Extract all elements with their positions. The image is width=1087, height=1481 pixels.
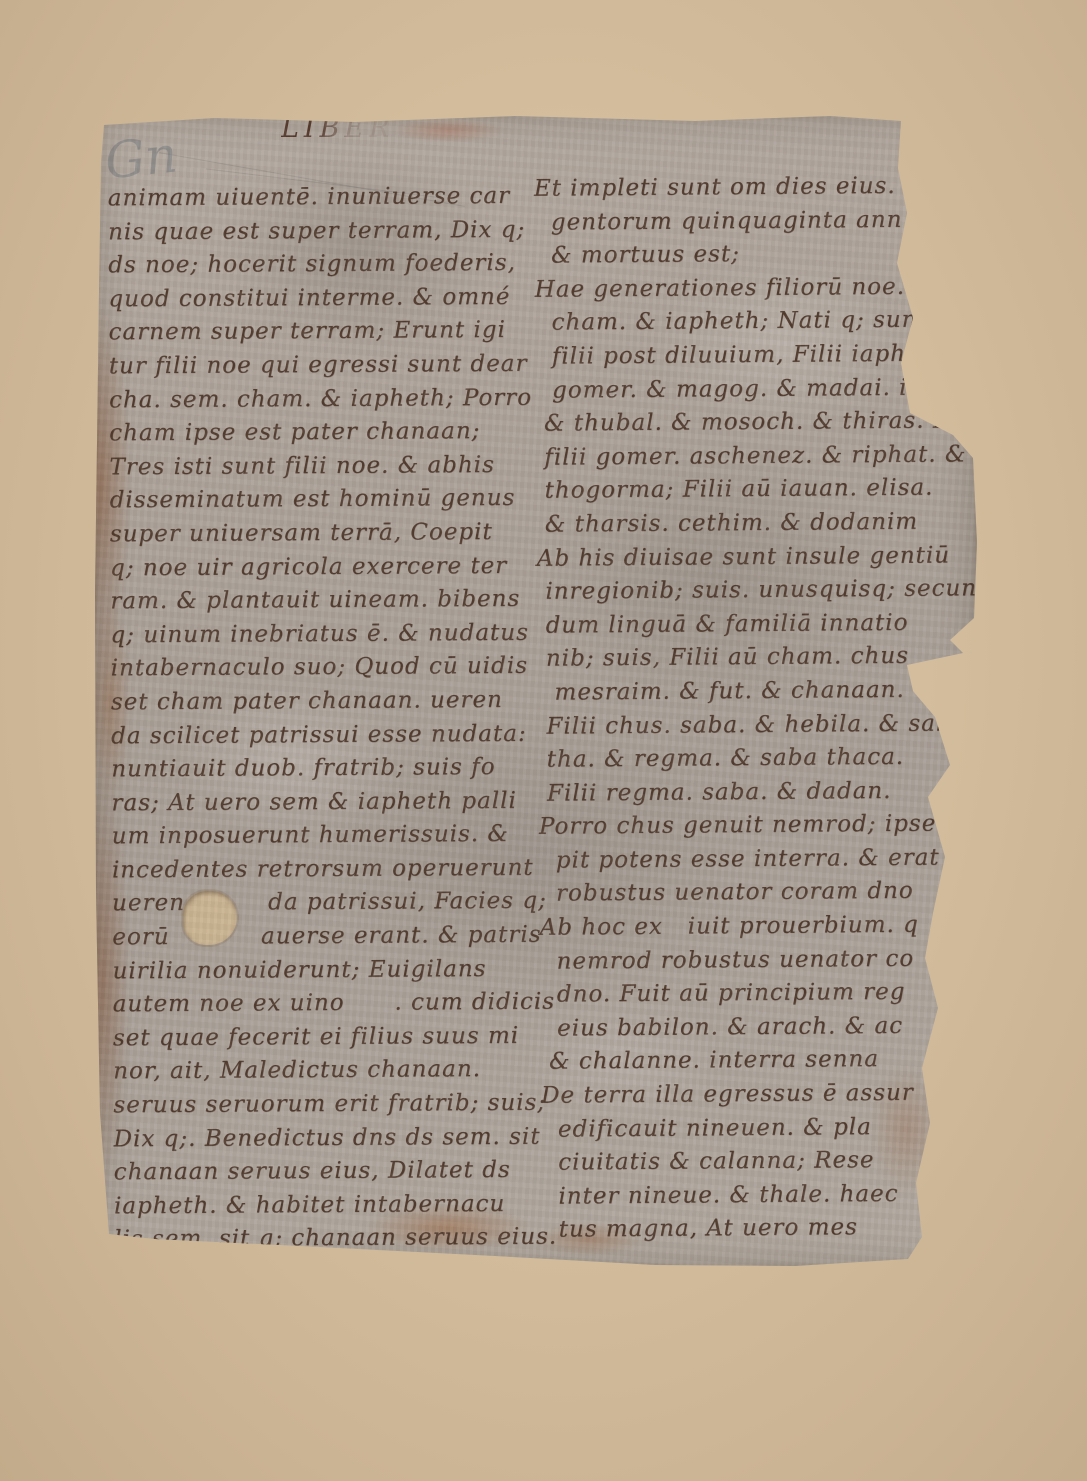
manuscript-text-line: autem noe ex uino . cum didicis	[113, 986, 553, 1022]
manuscript-text-line: tus magna, At uero mes	[542, 1211, 982, 1248]
manuscript-text-line: eius babilon. & arach. & ac	[540, 1009, 980, 1046]
manuscript-text-line: tur filii noe qui egressi sunt dear	[109, 348, 549, 384]
manuscript-text-line: intabernaculo suo; Quod cū uidis	[111, 650, 551, 686]
manuscript-text-line: q; uinum inebriatus ē. & nudatus	[110, 616, 550, 652]
manuscript-text-line: chanaan seruus eius, Dilatet ds	[114, 1154, 554, 1190]
manuscript-text-line: disseminatum est hominū genus	[110, 482, 550, 518]
text-column-left: animam uiuentē. inuniuerse carnis quae e…	[108, 180, 555, 1258]
manuscript-text-line: dum linguā & familiā innatio	[537, 606, 977, 643]
manuscript-text-line: cham. & iapheth; Nati q; sunt	[535, 304, 975, 341]
manuscript-text-line: thogorma; Filii aū iauan. elisa.	[536, 472, 976, 509]
manuscript-text-line: seruus seruorum erit fratrib; suis;	[113, 1087, 553, 1123]
manuscript-text-line: & chalanne. interra senna	[541, 1043, 981, 1080]
text-column-right: Et impleti sunt om dies eius. no gentoru…	[534, 169, 982, 1247]
manuscript-text-line: lis sem. sit q; chanaan seruus eius.	[114, 1221, 554, 1257]
manuscript-text-line: Dix q;. Benedictus dns ds sem. sit	[113, 1120, 553, 1156]
manuscript-text-line: ueren da patrissui, Facies q;	[112, 885, 552, 921]
manuscript-text-line: mesraim. & fut. & chanaan.	[538, 673, 978, 710]
manuscript-text-line: iapheth. & habitet intabernacu	[114, 1187, 554, 1223]
manuscript-text-line: Hae generationes filiorū noe.	[535, 270, 975, 307]
manuscript-text-line: nuntiauit duob. fratrib; suis fo	[111, 751, 551, 787]
manuscript-text-line: animam uiuentē. inuniuerse car	[108, 180, 548, 216]
manuscript-text-line: nemrod robustus uenator co	[540, 942, 980, 979]
manuscript-text-line: nis quae est super terram, Dix q;	[108, 213, 548, 249]
manuscript-text-line: cha. sem. cham. & iapheth; Porro	[109, 381, 549, 417]
manuscript-text-line: ras; At uero sem & iapheth palli	[111, 784, 551, 820]
manuscript-text-line: Et impleti sunt om dies eius. no	[534, 169, 974, 206]
manuscript-text-line: & tharsis. cethim. & dodanim	[536, 505, 976, 542]
manuscript-text-line: gentorum quinquaginta ann	[534, 203, 974, 240]
manuscript-text-line: nib; suis, Filii aū cham. chus	[537, 640, 977, 677]
manuscript-header-title: LIBER	[281, 113, 394, 144]
manuscript-text-line: gomer. & magog. & madai. i	[535, 371, 975, 408]
photo-mat-background: LIBER Gn animam uiuentē. inuniuerse carn…	[0, 0, 1087, 1481]
manuscript-text-line: tha. & regma. & saba thaca.	[538, 740, 978, 777]
manuscript-text-line: cham ipse est pater chanaan;	[109, 415, 549, 451]
manuscript-text-line: Filii regma. saba. & dadan.	[539, 774, 979, 811]
manuscript-text-line: uirilia nonuiderunt; Euigilans	[112, 952, 552, 988]
manuscript-text-line: Ab hoc ex iuit prouerbium. q	[540, 908, 980, 945]
manuscript-text-line: set quae fecerit ei filius suus mi	[113, 1019, 553, 1055]
manuscript-text-line: Filii chus. saba. & hebila. & sab	[538, 707, 978, 744]
manuscript-text-line: filii gomer. aschenez. & riphat. &	[536, 438, 976, 475]
manuscript-text-line: da scilicet patrissui esse nudata:	[111, 717, 551, 753]
manuscript-text-line: inter nineue. & thale. haec	[542, 1177, 982, 1214]
manuscript-text-line: pit potens esse interra. & erat	[539, 841, 979, 878]
manuscript-text-line: dno. Fuit aū principium reg	[540, 976, 980, 1013]
manuscript-text-line: ciuitatis & calanna; Rese	[541, 1143, 981, 1180]
manuscript-text-line: edificauit nineuen. & pla	[541, 1110, 981, 1147]
manuscript-text-line: filii post diluuium, Filii iaph	[535, 337, 975, 374]
manuscript-text-line: Ab his diuisae sunt insule gentiū	[537, 539, 977, 576]
manuscript-text-line: um inposuerunt humerissuis. &	[112, 818, 552, 854]
manuscript-text-line: super uniuersam terrā, Coepit	[110, 516, 550, 552]
manuscript-text-line: ram. & plantauit uineam. bibens	[110, 583, 550, 619]
manuscript-text-line: q; noe uir agricola exercere ter	[110, 549, 550, 585]
pencil-annotation: Gn	[102, 125, 180, 190]
manuscript-text-line: incedentes retrorsum operuerunt	[112, 852, 552, 888]
manuscript-text-line: ds noe; hocerit signum foederis,	[108, 247, 548, 283]
manuscript-text-line: Tres isti sunt filii noe. & abhis	[109, 448, 549, 484]
manuscript-text-line: nor, ait, Maledictus chanaan.	[113, 1053, 553, 1089]
manuscript-text-line: inregionib; suis. unusquisq; secun	[537, 572, 977, 609]
manuscript-text-line: carnem super terram; Erunt igi	[109, 314, 549, 350]
manuscript-text-line: De terra illa egressus ē assur	[541, 1076, 981, 1113]
manuscript-text-line: Porro chus genuit nemrod; ipse	[539, 808, 979, 845]
manuscript-text-line: quod constitui interme. & omné	[108, 280, 548, 316]
manuscript-text-line: set cham pater chanaan. ueren	[111, 684, 551, 720]
manuscript-leaf: LIBER Gn animam uiuentē. inuniuerse carn…	[95, 113, 977, 1268]
manuscript-text-line: & mortuus est;	[534, 236, 974, 273]
manuscript-text-line: robustus uenator coram dno	[539, 875, 979, 912]
manuscript-text-line: eorū auerse erant. & patris	[112, 919, 552, 955]
manuscript-text-line: & thubal. & mosoch. & thiras. Por	[536, 404, 976, 441]
